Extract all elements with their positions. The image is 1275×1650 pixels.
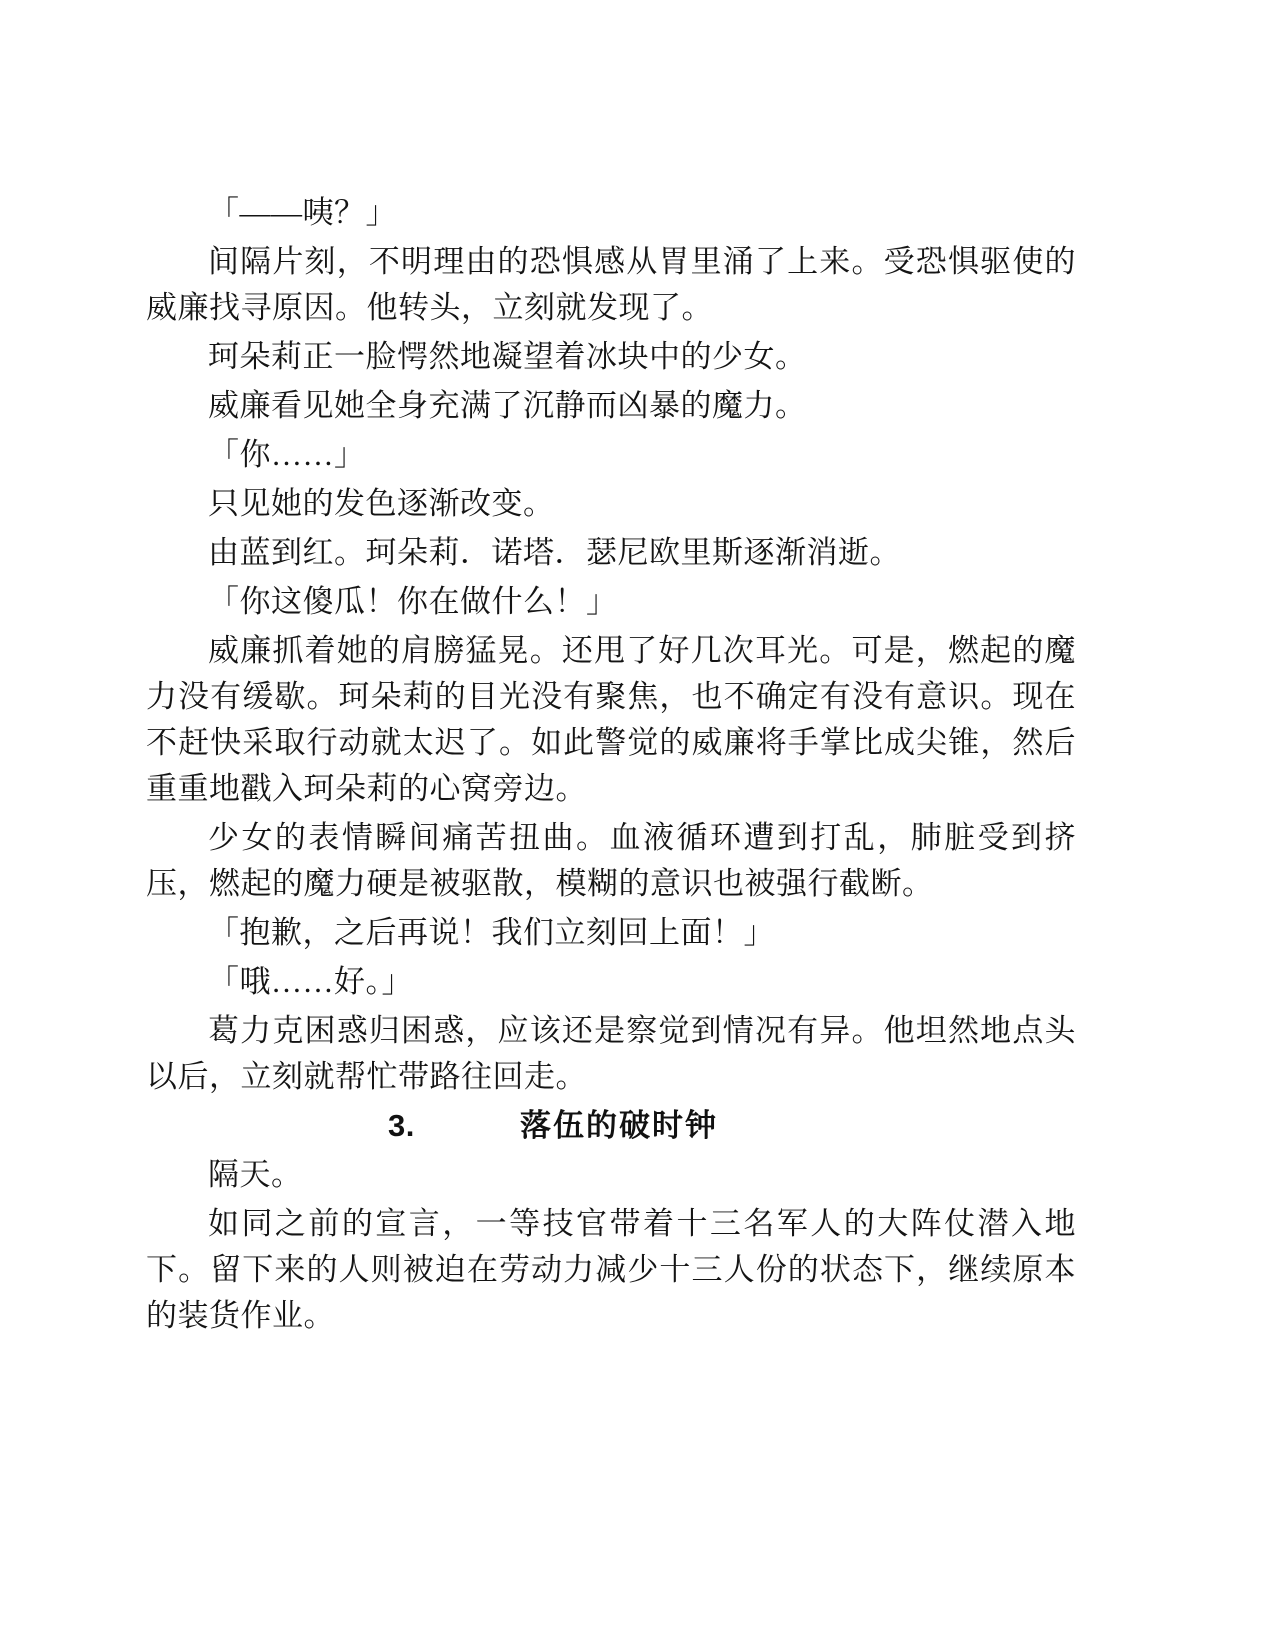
paragraph: 由蓝到红。珂朵莉．诺塔．瑟尼欧里斯逐渐消逝。 — [146, 530, 1076, 576]
chapter-heading: 3. 落伍的破时钟 — [146, 1103, 1076, 1149]
page-text-block: 「——咦？」 间隔片刻，不明理由的恐惧感从胃里涌了上来。受恐惧驱使的威廉找寻原因… — [146, 190, 1076, 1342]
paragraph: 威廉看见她全身充满了沉静而凶暴的魔力。 — [146, 383, 1076, 429]
paragraph: 如同之前的宣言，一等技官带着十三名军人的大阵仗潜入地下。留下来的人则被迫在劳动力… — [146, 1201, 1076, 1339]
novel-page: 「——咦？」 间隔片刻，不明理由的恐惧感从胃里涌了上来。受恐惧驱使的威廉找寻原因… — [0, 0, 1275, 1650]
dialogue-line: 「——咦？」 — [146, 190, 1076, 236]
chapter-number: 3. — [326, 1103, 415, 1149]
dialogue-line: 「哦……好。」 — [146, 959, 1076, 1005]
chapter-title: 落伍的破时钟 — [458, 1103, 718, 1149]
paragraph: 只见她的发色逐渐改变。 — [146, 481, 1076, 527]
paragraph: 威廉抓着她的肩膀猛晃。还甩了好几次耳光。可是，燃起的魔力没有缓歇。珂朵莉的目光没… — [146, 628, 1076, 812]
dialogue-line: 「你……」 — [146, 432, 1076, 478]
dialogue-line: 「你这傻瓜！你在做什么！」 — [146, 579, 1076, 625]
dialogue-line: 「抱歉，之后再说！我们立刻回上面！」 — [146, 910, 1076, 956]
paragraph: 隔天。 — [146, 1152, 1076, 1198]
paragraph: 珂朵莉正一脸愕然地凝望着冰块中的少女。 — [146, 334, 1076, 380]
paragraph: 间隔片刻，不明理由的恐惧感从胃里涌了上来。受恐惧驱使的威廉找寻原因。他转头，立刻… — [146, 239, 1076, 331]
paragraph: 葛力克困惑归困惑，应该还是察觉到情况有异。他坦然地点头以后，立刻就帮忙带路往回走… — [146, 1008, 1076, 1100]
paragraph: 少女的表情瞬间痛苦扭曲。血液循环遭到打乱，肺脏受到挤压，燃起的魔力硬是被驱散，模… — [146, 815, 1076, 907]
